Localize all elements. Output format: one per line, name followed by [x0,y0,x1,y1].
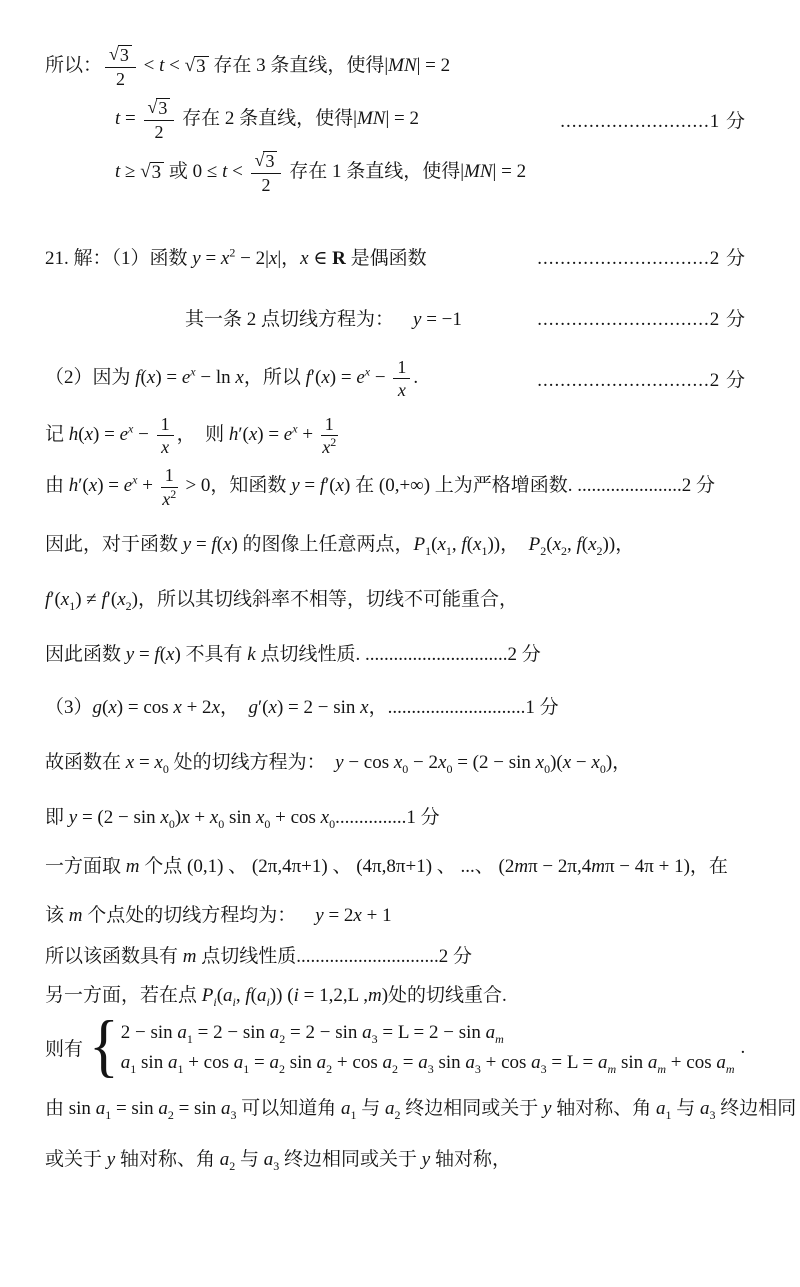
text-run: ) 不具有 [174,644,247,665]
text-run: 其一条 2 点切线方程为： [185,309,413,330]
math-variable: x [300,248,308,269]
text-run: + cos [332,1052,382,1073]
math-variable: m [126,856,140,877]
math-variable: x [160,807,168,828]
document-page: 所以：√32 < t < √3 存在 3 条直线，使得|MN| = 2 t = … [0,0,800,1171]
doc-line-2: t ≥ √3 或 0 ≤ t < √32 存在 1 条直线，使得|MN| = 2 [45,150,746,195]
text-run: 存在 1 条直线，使得| [284,161,464,182]
text-run: ) 在 (0,+∞) 上为严格增函数. ....................… [344,476,715,497]
math-variable: x [249,424,257,445]
math-variable: y [291,476,299,497]
math-variable: x [126,752,134,773]
math-variable: y [422,1149,430,1170]
text-run: = [300,476,320,497]
text-run: ) = cos [117,697,174,718]
text-run: + [138,476,158,497]
math-variable: a [264,1149,274,1170]
math-variable: x [336,476,344,497]
text-run: 是偶函数 [346,248,427,269]
text-run: , [452,534,462,555]
math-variable: a [234,1052,244,1073]
bold-set-symbol: R [332,248,346,269]
math-variable: P [529,534,541,555]
text-run: ， [220,697,249,718]
text-run: ) ≠ [75,589,101,610]
doc-line-17: 另一方面，若在点 Pi(ai, f(ai)) (i = 1,2,L ,m)处的切… [45,980,746,1007]
math-variable: x [321,807,329,828]
doc-line-4: 其一条 2 点切线方程为： y = −1....................… [45,304,746,331]
numerator: 1 [157,414,174,436]
math-variable: a [382,1052,392,1073]
line-content: （2）因为 f(x) = ex − ln x，所以 f′(x) = ex − 1… [45,357,418,400]
doc-line-16: 所以该函数具有 m 点切线性质.........................… [45,941,746,968]
text-run: − [133,424,153,445]
math-variable: m [69,905,83,926]
math-variable: a [223,985,233,1006]
text-run: 3 [152,162,162,183]
text-run: 3 [120,45,129,65]
math-variable: a [385,1098,395,1119]
line-content: 由 h′(x) = ex + 1x2 > 0，知函数 y = f′(x) 在 (… [45,465,715,508]
text-run: sin [285,1052,317,1073]
line-content: 或关于 y 轴对称、角 a2 与 a3 终边相同或关于 y 轴对称， [45,1144,511,1171]
math-variable: x [61,589,69,610]
left-brace-symbol: { [89,1011,119,1080]
text-run: 1 [165,465,174,485]
math-variable: P [202,985,214,1006]
text-run: π − 4π + 1)，在 [605,856,728,877]
doc-line-12: 故函数在 x = x0 处的切线方程为： y − cos x0 − 2x0 = … [45,747,746,774]
math-variable: MN [357,108,386,129]
text-run: = L = [547,1052,598,1073]
math-variable: a [531,1052,541,1073]
doc-line-8: 因此，对于函数 y = f(x) 的图像上任意两点，P1(x1, f(x1))，… [45,529,746,556]
text-run: 轴对称， [430,1149,511,1170]
text-run: < [139,55,159,76]
text-run: 3 [265,151,274,171]
text-run: + 2 [182,697,212,718]
math-variable: x [154,752,162,773]
text-run: sin [616,1052,648,1073]
math-variable: x [161,437,169,457]
text-run: − ln [196,367,236,388]
text-run: = L = 2 − sin [378,1022,486,1043]
math-variable: x [181,807,189,828]
doc-line-7: 由 h′(x) = ex + 1x2 > 0，知函数 y = f′(x) 在 (… [45,465,746,508]
fraction: 1x [393,357,410,400]
text-run: )处的切线重合. [382,985,507,1006]
math-variable: h [229,424,239,445]
math-variable: x [117,589,125,610]
math-variable: x [398,380,406,400]
denominator: x2 [162,488,176,509]
math-variable: a [418,1052,428,1073]
numerator: 1 [321,414,338,436]
math-variable: m [591,856,605,877]
text-run: = [134,644,154,665]
math-variable: e [356,367,364,388]
doc-line-10: 因此函数 y = f(x) 不具有 k 点切线性质. .............… [45,639,746,666]
math-variable: a [96,1098,106,1119]
fraction: 1x2 [161,465,178,508]
line-content: 因此，对于函数 y = f(x) 的图像上任意两点，P1(x1, f(x1))，… [45,529,634,556]
text-run: = 2 − sin [285,1022,362,1043]
text-run: 即 [45,807,69,828]
line-content: 由 sin a1 = sin a2 = sin a3 可以知道角 a1 与 a2… [45,1093,796,1120]
text-run: ) = [93,424,120,445]
text-run: sin [224,807,256,828]
line-content: f′(x1) ≠ f′(x2)，所以其切线斜率不相等，切线不可能重合， [45,584,518,611]
fraction: √32 [144,97,175,142]
text-run: |， [277,248,300,269]
text-run: = [201,248,221,269]
numerator: 1 [393,357,410,379]
text-run: − 2 [408,752,438,773]
math-variable: a [220,1149,230,1170]
text-run: + cos [270,807,320,828]
doc-line-14: 一方面取 m 个点 (0,1) 、 (2π,4π+1) 、 (4π,8π+1) … [45,851,746,878]
text-run: 轴对称、角 [551,1098,656,1119]
fraction: 1x2 [321,414,338,457]
text-run: ′( [238,424,248,445]
math-variable: x [210,807,218,828]
doc-line-11: （3）g(x) = cos x + 2x， g′(x) = 2 − sin x，… [45,692,746,719]
math-variable: a [121,1052,131,1073]
math-variable: m [514,856,528,877]
text-run: （3） [45,697,93,718]
math-variable: e [120,424,128,445]
doc-line-1: t = √32 存在 2 条直线，使得|MN| = 2.............… [45,97,746,142]
doc-line-5: （2）因为 f(x) = ex − ln x，所以 f′(x) = ex − 1… [45,357,746,400]
doc-line-0: 所以：√32 < t < √3 存在 3 条直线，使得|MN| = 2 [45,44,746,89]
text-run: + cos [481,1052,531,1073]
text-run: = 2 − sin [193,1022,270,1043]
math-variable: x [321,367,329,388]
line-content: 因此函数 y = f(x) 不具有 k 点切线性质. .............… [45,639,541,666]
text-run: 或 0 ≤ [164,161,222,182]
text-run: ′( [78,476,88,497]
math-variable: MN [388,55,417,76]
numerator: √3 [251,150,282,174]
text-run: 个点 (0,1) 、 (2π,4π+1) 、 (4π,8π+1) 、 ...、 … [140,856,515,877]
math-variable: y [107,1149,115,1170]
score-marker: ..........................1 分 [560,106,746,133]
text-run: > 0，知函数 [181,476,291,497]
text-run: （2）因为 [45,367,135,388]
line-content: 该 m 个点处的切线方程均为： y = 2x + 1 [45,900,392,927]
line-content: 即 y = (2 − sin x0)x + x0 sin x0 + cos x0… [45,802,440,829]
math-variable: a [486,1022,496,1043]
denominator: x [161,436,169,457]
radicand: 3 [263,151,277,172]
text-run: 则有 [45,1039,83,1060]
math-variable: y [126,644,134,665]
text-run: + 1 [362,905,392,926]
math-variable: m [368,985,382,1006]
line-content: 记 h(x) = ex − 1x， 则 h′(x) = ex + 1x2 [45,414,341,457]
math-variable: a [362,1022,372,1043]
radicand: 3 [156,98,170,119]
math-variable: x [173,697,181,718]
math-variable: x [563,752,571,773]
math-variable: a [270,1022,280,1043]
subscript: m [608,1062,617,1076]
text-run: ) = 2 − sin [277,697,360,718]
doc-line-13: 即 y = (2 − sin x0)x + x0 sin x0 + cos x0… [45,802,746,829]
math-variable: y [69,807,77,828]
text-run: ≥ [120,161,140,182]
text-run: 或关于 [45,1149,107,1170]
text-run: 处的切线方程为： [169,752,335,773]
radicand: 3 [194,56,209,78]
exam-solution-document: { "document": { "kind": "math exam solut… [0,0,800,1287]
text-run: − 2| [235,248,269,269]
text-run: )，所以其切线斜率不相等，切线不可能重合， [132,589,518,610]
text-run: 存在 3 条直线，使得| [209,55,389,76]
text-run: 点切线性质. ..............................2 分 [256,644,541,665]
text-run: 3 [196,56,206,77]
math-variable: x [353,905,361,926]
text-run: ， 则 [177,424,229,445]
radical: √3 [148,98,171,119]
text-run: 2 [116,69,125,89]
text-run: = 2 [324,905,354,926]
math-variable: m [183,946,197,967]
math-variable: x [437,534,445,555]
line-content: 21. 解：（1）函数 y = x2 − 2|x|，x ∈ R 是偶函数 [45,243,427,270]
math-variable: h [69,476,79,497]
text-run: 与 [235,1149,264,1170]
denominator: x2 [322,436,336,457]
text-run: ))， [603,534,635,555]
text-run: = sin [111,1098,158,1119]
math-variable: a [158,1098,168,1119]
text-run: 3 [158,98,167,118]
text-run: 记 [45,424,69,445]
line-content: t = √32 存在 2 条直线，使得|MN| = 2 [115,97,419,142]
text-run: 点切线性质..............................2 分 [197,946,473,967]
subscript: m [495,1032,504,1046]
line-content: 所以该函数具有 m 点切线性质.........................… [45,941,472,968]
text-run: = [120,108,140,129]
doc-line-20: 或关于 y 轴对称、角 a2 与 a3 终边相同或关于 y 轴对称， [45,1144,746,1171]
text-run: = [249,1052,269,1073]
math-variable: x [591,752,599,773]
text-run: 所以： [45,55,102,76]
numerator: 1 [161,465,178,487]
text-run: ′( [258,697,268,718]
radical: √3 [109,45,132,66]
denominator: 2 [262,174,271,195]
text-run: = sin [174,1098,221,1119]
text-run: 由 [45,476,69,497]
text-run: 与 [671,1098,700,1119]
doc-line-6: 记 h(x) = ex − 1x， 则 h′(x) = ex + 1x2 [45,414,746,457]
denominator: x [398,379,406,400]
denominator: 2 [154,121,163,142]
text-run: ，所以 [244,367,306,388]
text-run: 故函数在 [45,752,126,773]
text-run: 因此，对于函数 [45,534,183,555]
line-content: 故函数在 x = x0 处的切线方程为： y − cos x0 − 2x0 = … [45,747,631,774]
math-variable: g [249,697,259,718]
math-variable: P [414,534,426,555]
text-run: = (2 − sin [77,807,160,828]
math-variable: k [247,644,255,665]
text-run: 由 sin [45,1098,96,1119]
subscript: m [657,1062,666,1076]
numerator: √3 [144,97,175,121]
text-run: ∈ [309,248,333,269]
math-variable: a [716,1052,726,1073]
text-run: | = 2 [493,161,527,182]
doc-line-9: f′(x1) ≠ f′(x2)，所以其切线斜率不相等，切线不可能重合， [45,584,746,611]
text-run: = (2 − sin [452,752,535,773]
text-run: sin [136,1052,168,1073]
text-run: 该 [45,905,69,926]
math-variable: x [536,752,544,773]
radicand: 3 [150,162,165,184]
text-run: = 1,2,L , [299,985,368,1006]
math-variable: x [108,697,116,718]
text-run: + cos [183,1052,233,1073]
text-run: < [227,161,247,182]
score-marker: ..............................2 分 [537,304,746,331]
text-run: ) = [155,367,182,388]
text-run: 2 [154,122,163,142]
text-run: 所以该函数具有 [45,946,183,967]
math-variable: y [315,905,323,926]
text-run: 21. 解：（1）函数 [45,248,192,269]
text-run: )( [550,752,563,773]
line-content: 所以：√32 < t < √3 存在 3 条直线，使得|MN| = 2 [45,44,450,89]
radical: √3 [185,56,209,78]
math-variable: a [269,1052,279,1073]
math-variable: y [183,534,191,555]
text-run: 终边相同或关于 [279,1149,422,1170]
equation-row: a1 sin a1 + cos a1 = a2 sin a2 + cos a2 … [121,1052,735,1074]
line-content: 另一方面，若在点 Pi(ai, f(ai)) (i = 1,2,L ,m)处的切… [45,980,507,1007]
text-run: | = 2 [385,108,419,129]
math-variable: x [588,534,596,555]
text-run: 终边相同 [715,1098,796,1119]
text-run: 因此函数 [45,644,126,665]
text-run: 可以知道角 [236,1098,341,1119]
system-period: . [741,1037,746,1059]
text-run: 2 [262,175,271,195]
text-run: sin [434,1052,466,1073]
math-variable: x [553,534,561,555]
fraction: √32 [105,44,136,89]
text-run: 存在 2 条直线，使得| [177,108,357,129]
text-run: 2 − sin [121,1022,178,1043]
text-run: < [164,55,184,76]
math-variable: a [465,1052,475,1073]
text-run: 一方面取 [45,856,126,877]
text-run: = [134,752,154,773]
score-marker: ..............................2 分 [537,243,746,270]
text-run: = [191,534,211,555]
text-run: , [567,534,577,555]
doc-line-19: 由 sin a1 = sin a2 = sin a3 可以知道角 a1 与 a2… [45,1093,746,1120]
math-variable: x [212,697,220,718]
text-run: . [413,367,418,388]
line-content: 一方面取 m 个点 (0,1) 、 (2π,4π+1) 、 (4π,8π+1) … [45,851,728,878]
text-run: ′( [107,589,117,610]
text-run: , [236,985,246,1006]
math-variable: a [598,1052,608,1073]
text-run: π − 2π,4 [528,856,591,877]
line-content: （3）g(x) = cos x + 2x， g′(x) = 2 − sin x，… [45,692,559,719]
text-run: ) = [330,367,357,388]
text-run: − [370,367,390,388]
text-run: 与 [356,1098,385,1119]
math-variable: x [269,697,277,718]
text-run: 1 [161,414,170,434]
radicand: 3 [118,45,132,66]
subscript: m [726,1062,735,1076]
text-run: | = 2 [417,55,451,76]
math-variable: a [317,1052,327,1073]
text-run: )) ( [270,985,294,1006]
text-run: ) = [257,424,284,445]
text-run: 终边相同或关于 [401,1098,544,1119]
math-variable: MN [464,161,493,182]
equation-rows: 2 − sin a1 = 2 − sin a2 = 2 − sin a3 = L… [121,1022,735,1074]
text-run: − cos [344,752,394,773]
math-variable: x [235,367,243,388]
line-content: 其一条 2 点切线方程为： y = −1 [185,304,462,331]
fraction: 1x [157,414,174,457]
math-variable: a [257,985,267,1006]
text-run: + [190,807,210,828]
system-label: 则有 [45,1034,83,1061]
math-variable: e [284,424,292,445]
fraction: √32 [251,150,282,195]
text-run: + cos [666,1052,716,1073]
equation-row: 2 − sin a1 = 2 − sin a2 = 2 − sin a3 = L… [121,1022,735,1044]
math-variable: h [69,424,79,445]
line-content: t ≥ √3 或 0 ≤ t < √32 存在 1 条直线，使得|MN| = 2 [115,150,526,195]
denominator: 2 [116,68,125,89]
score-marker: ..............................2 分 [537,365,746,392]
text-run: )， [606,752,631,773]
text-run: ′( [311,367,321,388]
radical: √3 [140,162,164,184]
text-run: ...............1 分 [335,807,440,828]
text-run: ′( [50,589,60,610]
text-run: = −1 [421,309,461,330]
math-variable: a [177,1022,187,1043]
text-run: − [571,752,591,773]
math-variable: e [124,476,132,497]
math-variable: x [89,476,97,497]
radical: √3 [255,151,278,172]
text-run: ′( [325,476,335,497]
superscript: 2 [330,435,336,449]
superscript: 2 [170,487,176,501]
numerator: √3 [105,44,136,68]
doc-line-3: 21. 解：（1）函数 y = x2 − 2|x|，x ∈ R 是偶函数....… [45,243,746,270]
text-run: ) = [97,476,124,497]
math-variable: a [648,1052,658,1073]
math-variable: x [360,697,368,718]
text-run: = [398,1052,418,1073]
text-run: 另一方面，若在点 [45,985,202,1006]
doc-line-18-equation-system: 则有{2 − sin a1 = 2 − sin a2 = 2 − sin a3 … [45,1015,746,1081]
math-variable: y [335,752,343,773]
text-run: 个点处的切线方程均为： [83,905,316,926]
